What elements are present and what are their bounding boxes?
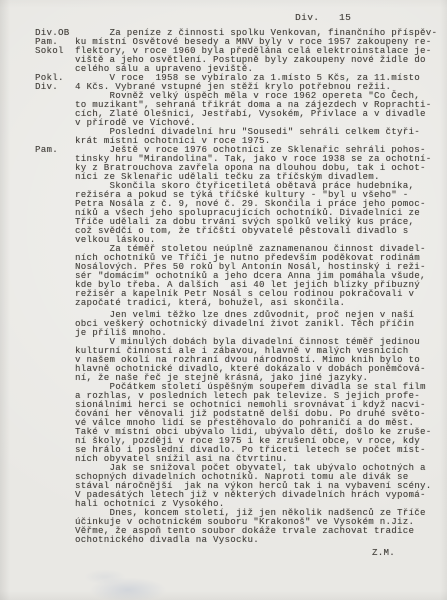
page-number: 15 xyxy=(339,12,351,23)
text-line: ochotnického divadla na Vysocku. xyxy=(75,536,443,545)
margin-note: Sokol xyxy=(35,47,75,56)
paragraph: Poslední divadelní hru "Sousedi" sehráli… xyxy=(75,128,443,146)
margin-note: Div. xyxy=(35,83,75,92)
paragraph: Pokl.Div. V roce 1958 se vybíralo za 1.m… xyxy=(75,74,443,92)
paragraph: Dnes, koncem století, již jen několik na… xyxy=(75,509,443,545)
paragraph: Rovněž velký úspěch měla v roce 1962 ope… xyxy=(75,92,443,128)
paragraph: Jen velmi těžko lze dnes zdůvodnit, proč… xyxy=(75,311,443,338)
paragraph: Za téměř stoletou neúplně zaznamenanou č… xyxy=(75,245,443,308)
paragraph: Skončila skoro čtyřicetiletá obětavá prá… xyxy=(75,182,443,245)
text-body: Div.OBPam.Sokol Za peníze z činnosti spo… xyxy=(75,29,443,558)
paragraph: Jak se snižoval počet obyvatel, tak ubýv… xyxy=(75,464,443,509)
paragraph: Pam. Ještě v roce 1976 ochotníci ze Skle… xyxy=(75,146,443,182)
page-header: Div. 15 xyxy=(0,12,447,24)
margin-note: Pam. xyxy=(35,146,75,155)
scanned-page: Div. 15 Div.OBPam.Sokol Za peníze z činn… xyxy=(0,0,447,600)
chronicler-signature: Z.M. xyxy=(75,549,443,558)
paragraph: Počátkem století úspěšným soupeřem divad… xyxy=(75,383,443,464)
paragraph: Div.OBPam.Sokol Za peníze z činnosti spo… xyxy=(75,29,443,74)
header-section-label: Div. xyxy=(295,12,319,23)
paragraph: V minulých dobách byla divadelní činnost… xyxy=(75,338,443,383)
text-line: započaté tradici, která, bohužel, asi sk… xyxy=(75,299,443,308)
